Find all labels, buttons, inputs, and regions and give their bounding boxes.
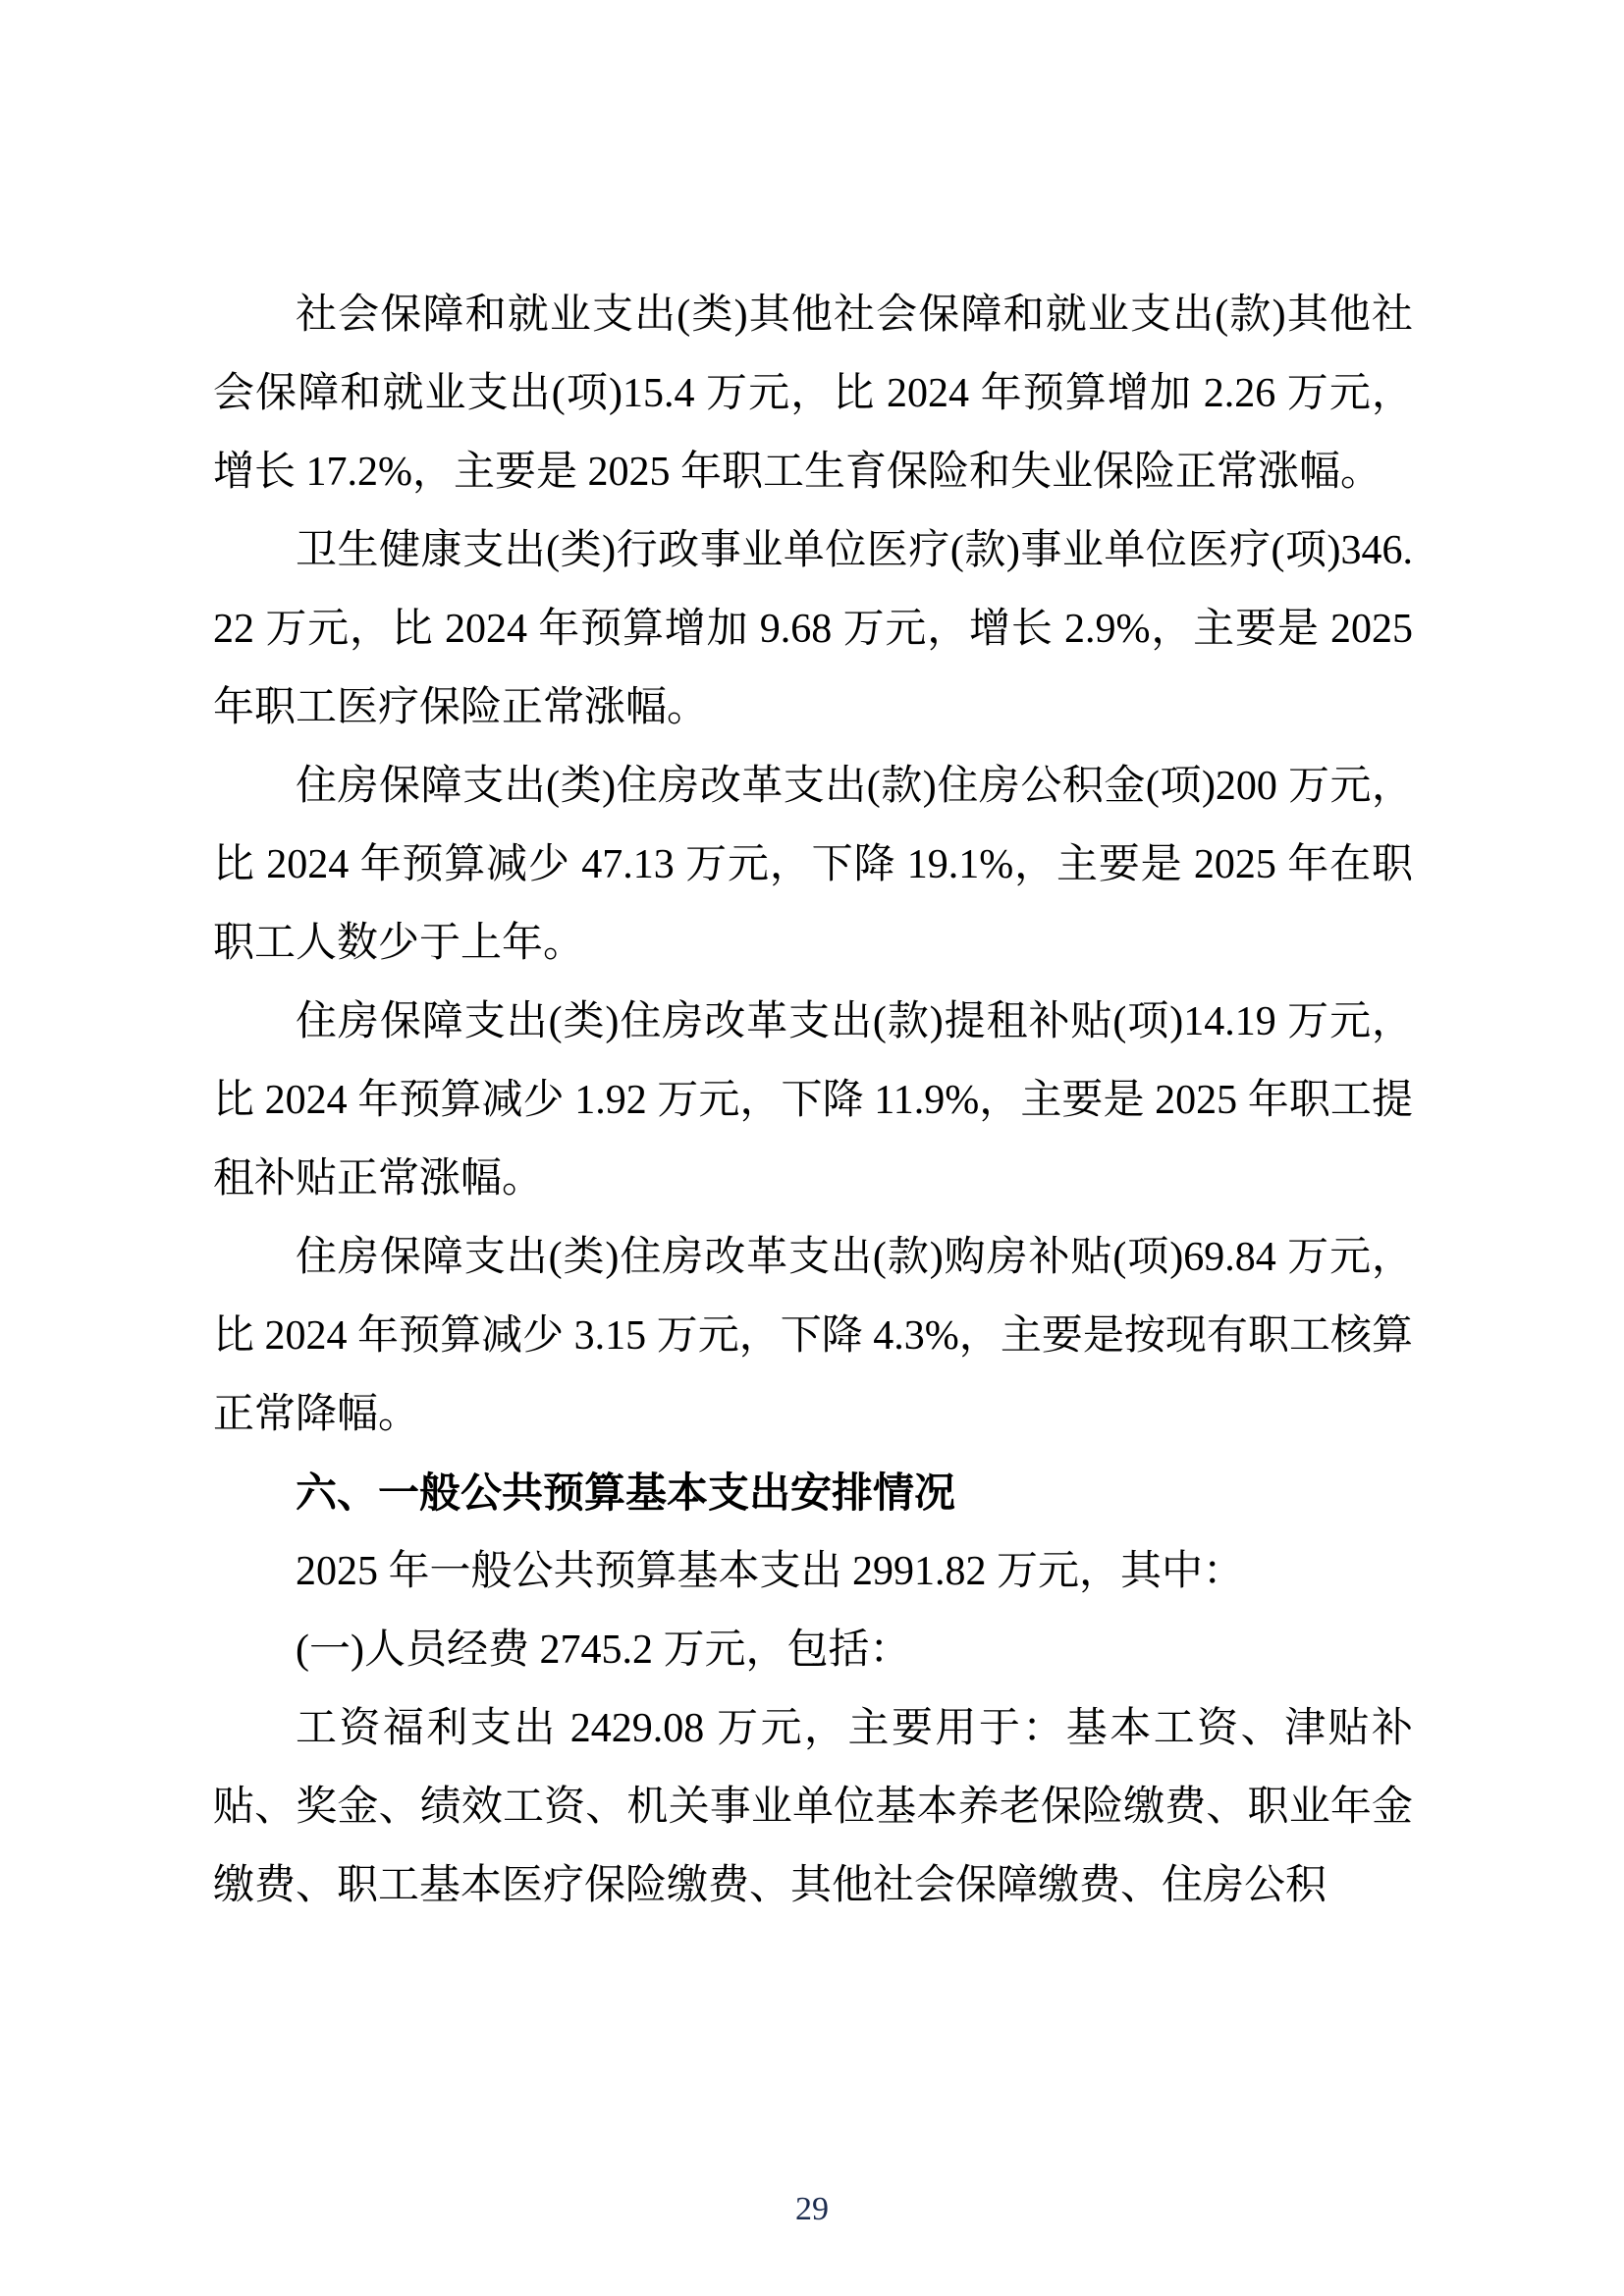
paragraph: 卫生健康支出(类)行政事业单位医疗(款)事业单位医疗(项)346.22 万元，比… [213, 511, 1413, 747]
paragraph: 住房保障支出(类)住房改革支出(款)购房补贴(项)69.84 万元，比 2024… [213, 1218, 1413, 1454]
paragraph: 住房保障支出(类)住房改革支出(款)提租补贴(项)14.19 万元，比 2024… [213, 983, 1413, 1218]
document-page: 社会保障和就业支出(类)其他社会保障和就业支出(款)其他社会保障和就业支出(项)… [0, 0, 1624, 2296]
section-heading: 六、一般公共预算基本支出安排情况 [213, 1454, 1413, 1532]
paragraph: (一)人员经费 2745.2 万元，包括： [213, 1611, 1413, 1689]
paragraph: 2025 年一般公共预算基本支出 2991.82 万元，其中： [213, 1532, 1413, 1611]
paragraph: 住房保障支出(类)住房改革支出(款)住房公积金(项)200 万元，比 2024 … [213, 747, 1413, 983]
document-body: 社会保障和就业支出(类)其他社会保障和就业支出(款)其他社会保障和就业支出(项)… [213, 276, 1413, 1925]
paragraph: 工资福利支出 2429.08 万元，主要用于：基本工资、津贴补贴、奖金、绩效工资… [213, 1689, 1413, 1925]
paragraph: 社会保障和就业支出(类)其他社会保障和就业支出(款)其他社会保障和就业支出(项)… [213, 276, 1413, 511]
page-number: 29 [0, 2189, 1624, 2230]
